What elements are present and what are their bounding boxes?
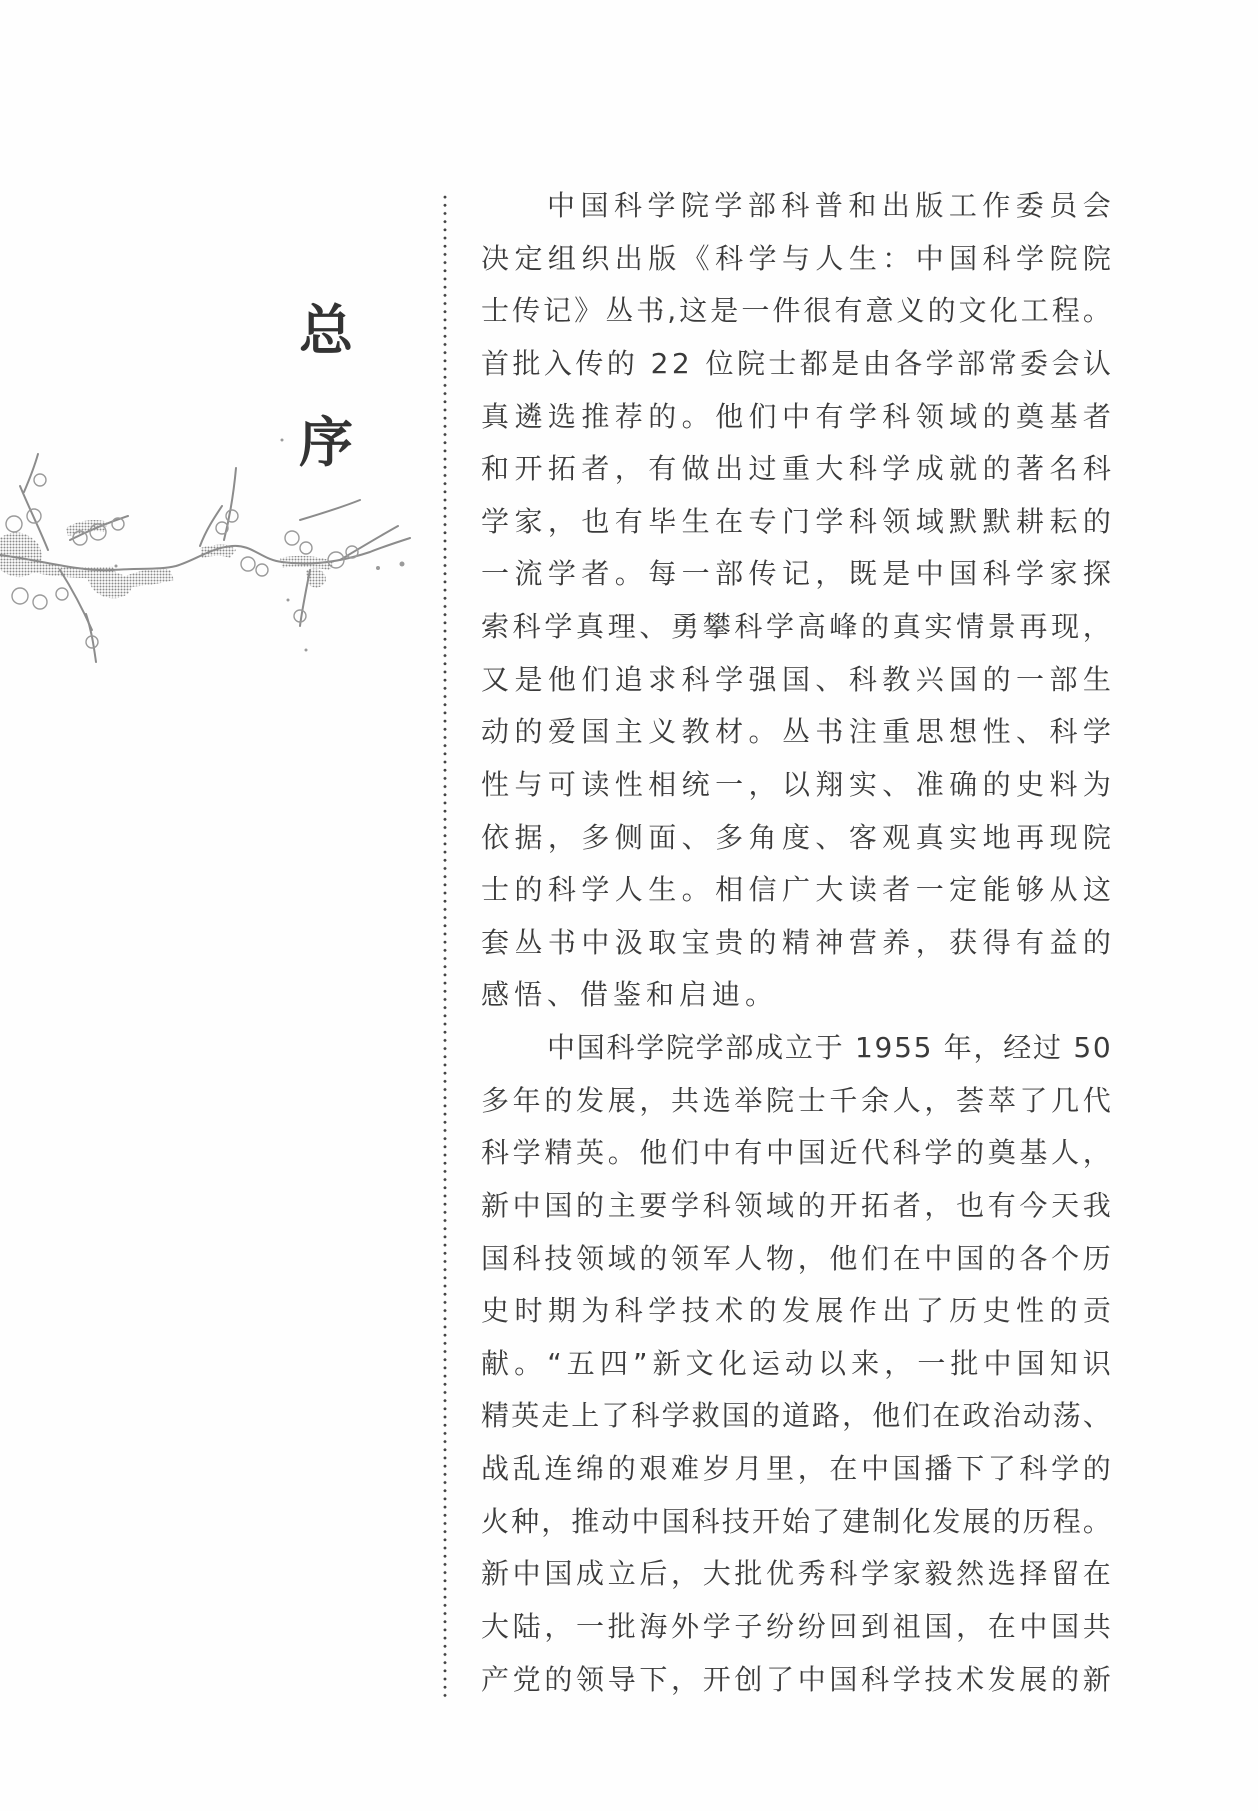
title-char-zong: 总 — [296, 300, 356, 360]
text-line: 动的爱国主义教材。丛书注重思想性、科学 — [481, 706, 1111, 759]
plum-branch-illustration — [0, 420, 420, 670]
dotted-divider — [443, 193, 447, 1701]
text-line: 真遴选推荐的。他们中有学科领域的奠基者 — [481, 391, 1111, 444]
text-line: 感悟、借鉴和启迪。 — [481, 969, 1111, 1022]
text-line: 国科技领域的领军人物，他们在中国的各个历 — [481, 1233, 1111, 1286]
body-text: 中国科学院学部科普和出版工作委员会 决定组织出版《科学与人生：中国科学院院 士传… — [481, 180, 1111, 1706]
text-line: 士传记》丛书,这是一件很有意义的文化工程。 — [481, 285, 1111, 338]
text-line: 学家，也有毕生在专门学科领域默默耕耘的 — [481, 496, 1111, 549]
text-line: 决定组织出版《科学与人生：中国科学院院 — [481, 233, 1111, 286]
text-line: 科学精英。他们中有中国近代科学的奠基人， — [481, 1127, 1111, 1180]
text-line: 精英走上了科学救国的道路，他们在政治动荡、 — [481, 1390, 1111, 1443]
book-page: 总 序 中国科学院学部科普和出版工作委员会 决定组织出版《科学与人生：中国科学院… — [0, 0, 1258, 1811]
text-line: 中国科学院学部成立于 1955 年，经过 50 — [481, 1022, 1111, 1075]
text-line: 战乱连绵的艰难岁月里，在中国播下了科学的 — [481, 1443, 1111, 1496]
text-line: 一流学者。每一部传记，既是中国科学家探 — [481, 548, 1111, 601]
text-line: 首批入传的 22 位院士都是由各学部常委会认 — [481, 338, 1111, 391]
text-line: 索科学真理、勇攀科学高峰的真实情景再现， — [481, 601, 1111, 654]
text-line: 和开拓者，有做出过重大科学成就的著名科 — [481, 443, 1111, 496]
paragraph-2: 中国科学院学部成立于 1955 年，经过 50 多年的发展，共选举院士千余人，荟… — [481, 1022, 1111, 1706]
text-line: 新中国的主要学科领域的开拓者，也有今天我 — [481, 1180, 1111, 1233]
text-line: 新中国成立后，大批优秀科学家毅然选择留在 — [481, 1548, 1111, 1601]
text-line: 依据，多侧面、多角度、客观真实地再现院 — [481, 812, 1111, 865]
text-line: 套丛书中汲取宝贵的精神营养，获得有益的 — [481, 917, 1111, 970]
text-line: 献。“五四”新文化运动以来，一批中国知识 — [481, 1338, 1111, 1391]
text-line: 大陆，一批海外学子纷纷回到祖国，在中国共 — [481, 1601, 1111, 1654]
text-line: 士的科学人生。相信广大读者一定能够从这 — [481, 864, 1111, 917]
title-char-xu: 序 — [296, 412, 356, 472]
text-line: 中国科学院学部科普和出版工作委员会 — [481, 180, 1111, 233]
paragraph-1: 中国科学院学部科普和出版工作委员会 决定组织出版《科学与人生：中国科学院院 士传… — [481, 180, 1111, 1022]
text-line: 多年的发展，共选举院士千余人，荟萃了几代 — [481, 1075, 1111, 1128]
text-line: 产党的领导下，开创了中国科学技术发展的新 — [481, 1654, 1111, 1707]
text-line: 性与可读性相统一，以翔实、准确的史料为 — [481, 759, 1111, 812]
text-line: 又是他们追求科学强国、科教兴国的一部生 — [481, 654, 1111, 707]
text-line: 史时期为科学技术的发展作出了历史性的贡 — [481, 1285, 1111, 1338]
text-line: 火种，推动中国科技开始了建制化发展的历程。 — [481, 1496, 1111, 1549]
